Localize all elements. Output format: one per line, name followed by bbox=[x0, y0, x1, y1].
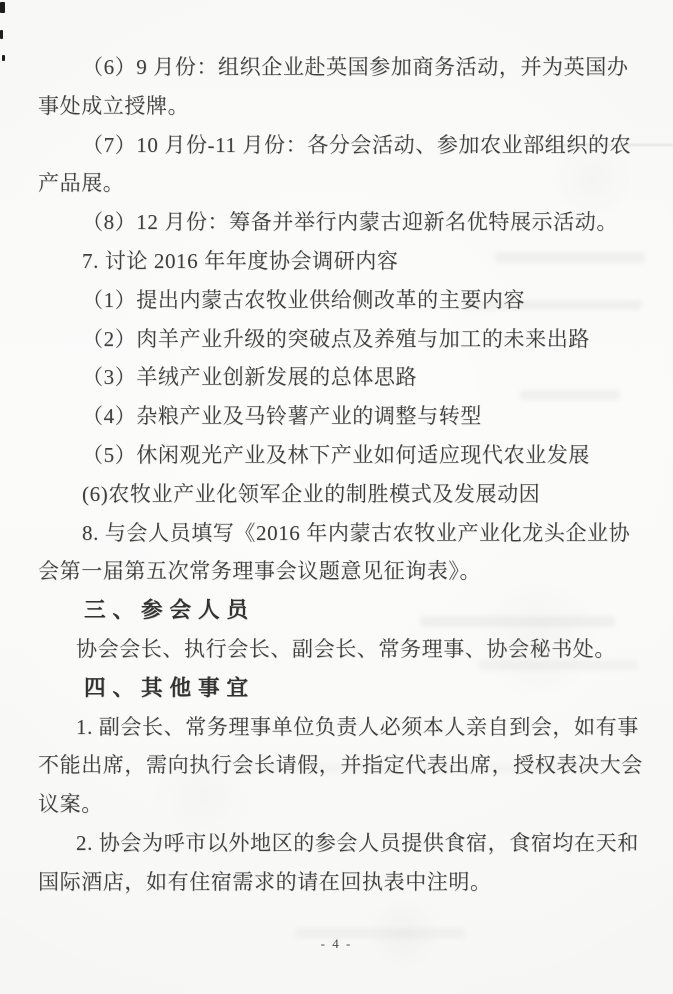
text-line: 8. 与会人员填写《2016 年内蒙古农牧业产业化龙头企业协 bbox=[82, 514, 643, 553]
text-line: （4）杂粮产业及马铃薯产业的调整与转型 bbox=[82, 397, 643, 436]
text-line: (6)农牧业产业化领军企业的制胜模式及发展动因 bbox=[82, 475, 643, 514]
document-body: （6）9 月份：组织企业赴英国参加商务活动，并为英国办事处成立授牌。（7）10 … bbox=[38, 48, 643, 902]
text-line: （1）提出内蒙古农牧业供给侧改革的主要内容 bbox=[82, 281, 643, 320]
text-line: 三、参会人员 bbox=[84, 591, 643, 630]
text-line: （5）休闲观光产业及林下产业如何适应现代农业发展 bbox=[82, 436, 643, 475]
text-line: 产品展。 bbox=[38, 164, 643, 203]
text-line: （8）12 月份：筹备并举行内蒙古迎新名优特展示活动。 bbox=[82, 203, 643, 242]
text-line: 不能出席，需向执行会长请假，并指定代表出席，授权表决大会 bbox=[38, 746, 643, 785]
text-line: （2）肉羊产业升级的突破点及养殖与加工的未来出路 bbox=[82, 320, 643, 359]
text-line: 议案。 bbox=[38, 785, 643, 824]
text-line: 协会会长、执行会长、副会长、常务理事、协会秘书处。 bbox=[76, 630, 643, 669]
text-line: （7）10 月份-11 月份：各分会活动、参加农业部组织的农 bbox=[82, 126, 643, 165]
text-line: 会第一届第五次常务理事会议题意见征询表》。 bbox=[38, 552, 643, 591]
text-line: 1. 副会长、常务理事单位负责人必须本人亲自到会，如有事 bbox=[76, 708, 643, 747]
page-number: - 4 - bbox=[0, 936, 673, 952]
scan-edge-speck bbox=[0, 30, 3, 39]
scanned-document-page: （6）9 月份：组织企业赴英国参加商务活动，并为英国办事处成立授牌。（7）10 … bbox=[0, 0, 673, 994]
text-line: 国际酒店，如有住宿需求的请在回执表中注明。 bbox=[38, 863, 643, 902]
text-line: 7. 讨论 2016 年年度协会调研内容 bbox=[82, 242, 643, 281]
text-line: 事处成立授牌。 bbox=[38, 87, 643, 126]
text-line: （3）羊绒产业创新发展的总体思路 bbox=[82, 358, 643, 397]
text-line: 四、其他事宜 bbox=[84, 669, 643, 708]
text-line: 2. 协会为呼市以外地区的参会人员提供食宿，食宿均在天和 bbox=[76, 824, 643, 863]
scan-edge-speck bbox=[0, 2, 5, 13]
scan-edge-speck bbox=[2, 55, 5, 61]
text-line: （6）9 月份：组织企业赴英国参加商务活动，并为英国办 bbox=[82, 48, 643, 87]
